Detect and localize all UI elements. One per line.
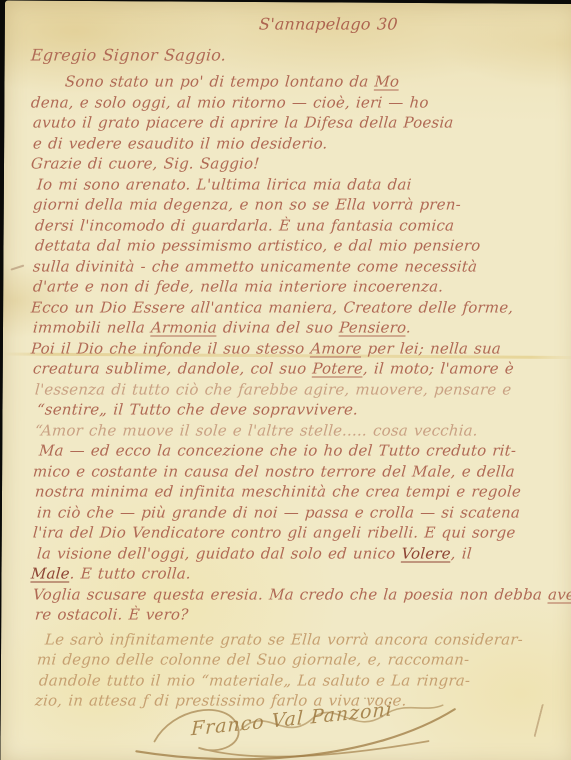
letter-line: dandole tutto il mio “materiale„ La salu… <box>38 670 571 691</box>
letter-line: Voglia scusare questa eresia. Ma credo c… <box>32 584 571 605</box>
letter-text: Voglia scusare questa eresia. Ma credo c… <box>32 585 548 603</box>
letter-text: Sono stato un po' di tempo lontano da <box>64 72 375 90</box>
letter-text: Ecco un Dio Essere all'antica maniera, C… <box>30 298 514 316</box>
letter-line: mico e costante in causa del nostro terr… <box>32 461 571 482</box>
letter-line: l'ira del Dio Vendicatore contro gli ang… <box>32 522 571 543</box>
letter-text: dettata dal mio pessimismo artistico, e … <box>34 236 481 254</box>
letter-text: Io mi sono arenato. L'ultima lirica mia … <box>36 175 412 193</box>
letter-text: creatura sublime, dandole, col suo <box>32 359 313 377</box>
letter-line: avuto il grato piacere di aprire la Dife… <box>32 112 571 133</box>
letter-text: la visione dell'oggi, guidato dal solo e… <box>36 544 402 562</box>
letter-paper: S'annapelago 30 Egregio Signor Saggio. S… <box>0 0 571 760</box>
letter-text: , il moto; l'amore è <box>362 359 514 377</box>
letter-text: avuto il grato piacere di aprire la Dife… <box>32 113 454 131</box>
underlined-word: Potere <box>312 359 364 377</box>
letter-line: Ma — ed ecco la concezione che io ho del… <box>38 440 571 461</box>
letter-text: e di vedere esaudito il mio desiderio. <box>32 134 328 152</box>
letter-line: dettata dal mio pessimismo artistico, e … <box>34 235 571 256</box>
underlined-word: Pensiero <box>339 318 407 336</box>
letter-line: Sono stato un po' di tempo lontano da Mo <box>64 71 571 92</box>
underlined-word: ave <box>547 585 571 603</box>
letter-text: giorni della mia degenza, e non so se El… <box>32 195 461 213</box>
letter-text: re ostacoli. È vero? <box>34 605 189 623</box>
signature-block: .... Franco Val Panzoni <box>128 691 464 760</box>
letter-text: l'essenza di tutto ciò che farebbe agire… <box>34 380 512 398</box>
letter-text: , il <box>450 544 472 562</box>
letter-line: creatura sublime, dandole, col suo Poter… <box>32 358 571 379</box>
letter-line: dena, e solo oggi, al mio ritorno — cioè… <box>30 92 571 113</box>
letter-text: Le sarò infinitamente grato se Ella vorr… <box>44 630 523 648</box>
date-line: S'annapelago 30 <box>258 14 571 35</box>
letter-line: l'essenza di tutto ciò che farebbe agire… <box>34 379 571 400</box>
letter-text: divina del suo <box>216 318 339 336</box>
letter-line: giorni della mia degenza, e non so se El… <box>32 194 571 215</box>
letter-line: e di vedere esaudito il mio desiderio. <box>32 133 571 154</box>
letter-line: Male. E tutto crolla. <box>30 563 571 584</box>
underlined-word: Armonia <box>150 318 217 336</box>
letter-text: Poi il Dio che infonde il suo stesso <box>30 339 311 357</box>
letter-text: mico e costante in causa del nostro terr… <box>32 462 515 480</box>
scan-background: { "letter": { "date_line": "S'annapelago… <box>0 0 571 760</box>
letter-line: immobili nella Armonia divina del suo Pe… <box>32 317 571 338</box>
letter-line: “Amor che muove il sole e l'altre stelle… <box>34 420 571 441</box>
letter-line: la visione dell'oggi, guidato dal solo e… <box>36 543 571 564</box>
letter-line: d'arte e non di fede, nella mia interior… <box>32 276 571 297</box>
salutation: Egregio Signor Saggio. <box>30 45 571 66</box>
letter-text: d'arte e non di fede, nella mia interior… <box>32 277 444 295</box>
letter-text: “sentire„ il Tutto che deve sopravvivere… <box>36 400 358 418</box>
letter-text: “Amor che muove il sole e l'altre stelle… <box>34 421 478 439</box>
letter-line: mi degno delle colonne del Suo giornale,… <box>36 649 571 670</box>
letter-line: “sentire„ il Tutto che deve sopravvivere… <box>36 399 571 420</box>
letter-text: nostra minima ed infinita meschinità che… <box>34 482 521 500</box>
letter-line: nostra minima ed infinita meschinità che… <box>34 481 571 502</box>
underlined-word: Volere <box>401 544 452 562</box>
underlined-word: Male <box>30 564 70 582</box>
letter-text: in ciò che — più grande di noi — passa e… <box>36 503 520 521</box>
letter-text: . E tutto crolla. <box>69 564 191 582</box>
letter-line: Io mi sono arenato. L'ultima lirica mia … <box>36 174 571 195</box>
letter-content: S'annapelago 30 Egregio Signor Saggio. S… <box>5 0 571 760</box>
letter-line: Grazie di cuore, Sig. Saggio! <box>30 153 571 174</box>
letter-text: l'ira del Dio Vendicatore contro gli ang… <box>32 523 516 541</box>
letter-line: Le sarò infinitamente grato se Ella vorr… <box>44 629 571 650</box>
letter-text: dandole tutto il mio “materiale„ La salu… <box>38 671 470 689</box>
letter-lines: Sono stato un po' di tempo lontano da Mo… <box>31 71 571 711</box>
letter-text: Grazie di cuore, Sig. Saggio! <box>30 154 260 172</box>
letter-line: sulla divinità - che ammetto unicamente … <box>32 256 571 277</box>
letter-text: . <box>405 318 411 336</box>
letter-text: per lei; nella sua <box>361 339 502 357</box>
letter-line: re ostacoli. È vero? <box>34 604 571 625</box>
letter-text: sulla divinità - che ammetto unicamente … <box>32 257 477 275</box>
letter-line: dersi l'incomodo di guardarla. È una fan… <box>34 215 571 236</box>
letter-text: immobili nella <box>32 318 151 336</box>
letter-text: dersi l'incomodo di guardarla. È una fan… <box>34 216 454 234</box>
letter-text: Ma — ed ecco la concezione che io ho del… <box>38 441 516 459</box>
underlined-word: Mo <box>374 72 400 90</box>
letter-text: dena, e solo oggi, al mio ritorno — cioè… <box>30 93 429 111</box>
letter-line: Ecco un Dio Essere all'antica maniera, C… <box>30 297 571 318</box>
letter-text: mi degno delle colonne del Suo giornale,… <box>36 650 470 668</box>
letter-line: in ciò che — più grande di noi — passa e… <box>36 502 571 523</box>
underlined-word: Amore <box>310 339 362 357</box>
letter-line: Poi il Dio che infonde il suo stesso Amo… <box>30 338 571 359</box>
